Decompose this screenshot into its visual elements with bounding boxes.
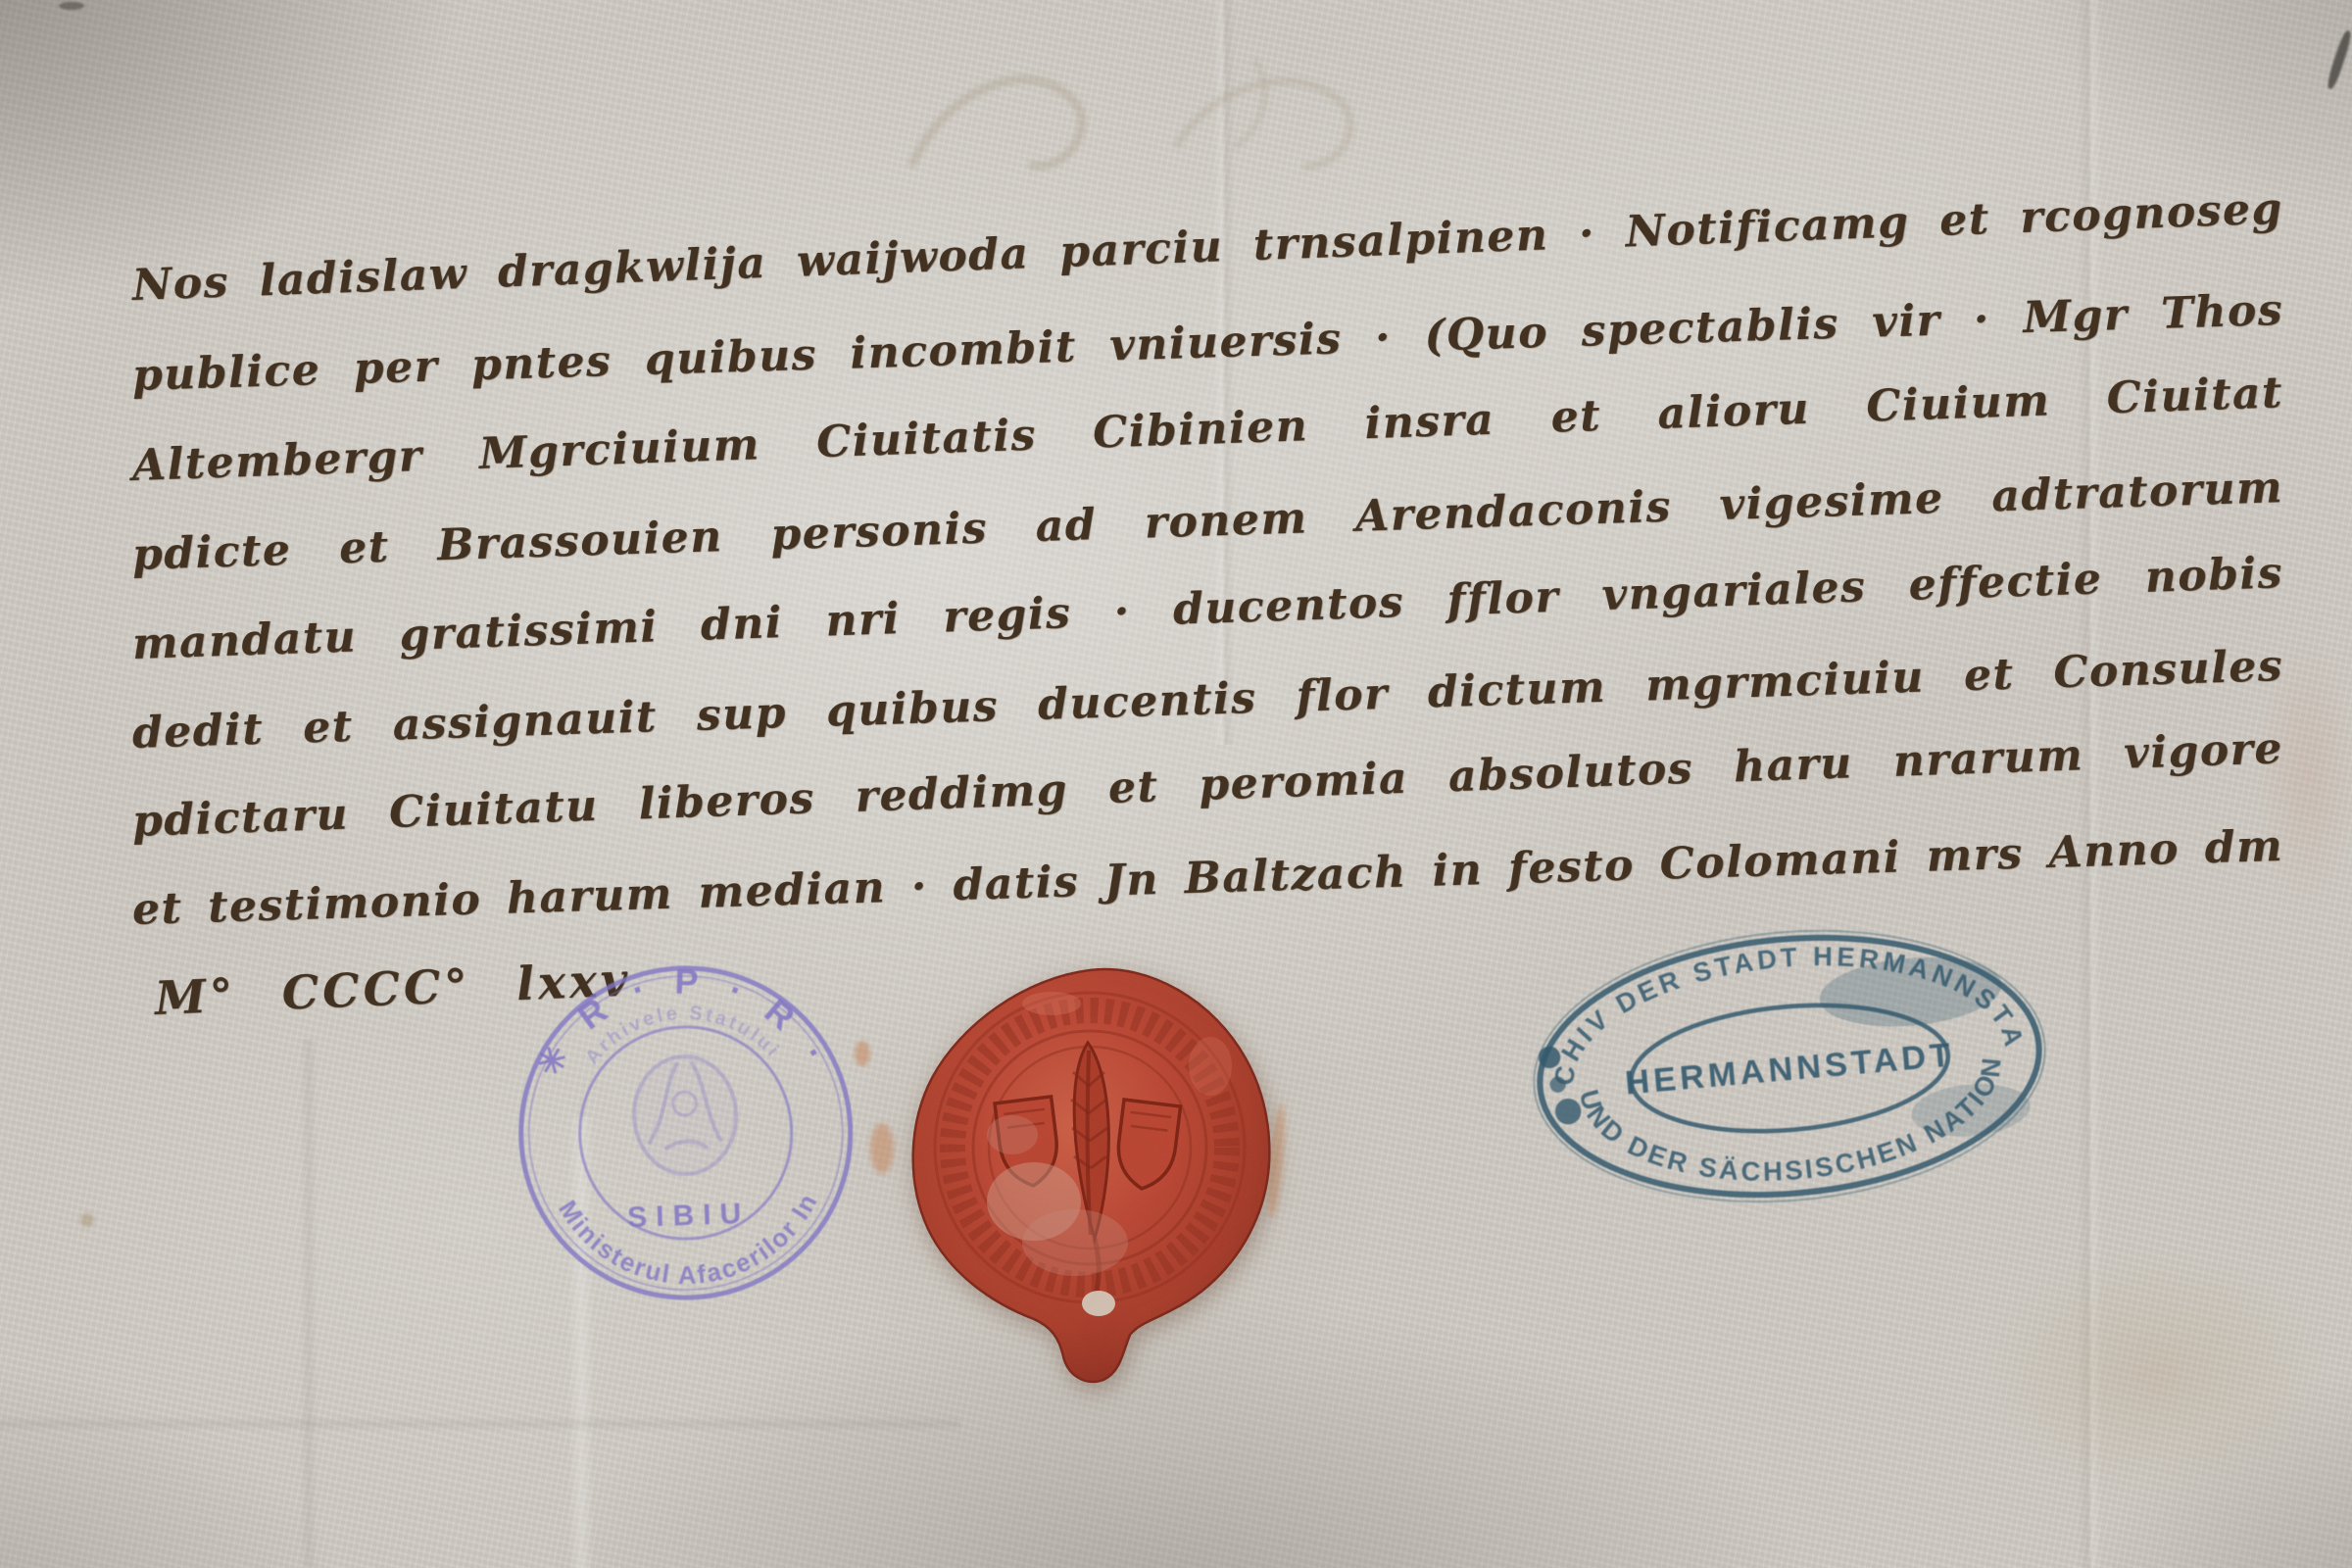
- violet-archive-stamp: ✳ R ∙ P ∙ R ∙ Arhivele Statului Minister…: [505, 941, 867, 1341]
- fold-crease: [0, 1416, 960, 1432]
- blue-archive-stamp: ARCHIV DER STADT HERMANNSTADT HERMANNSTA…: [1509, 895, 2070, 1239]
- ink-fleck: [2326, 29, 2352, 90]
- stain-speck: [80, 1213, 94, 1227]
- ink-fleck: [59, 2, 84, 10]
- rpr-emblem: [632, 1054, 738, 1176]
- ink-ghost-marks: [843, 20, 1431, 235]
- manuscript-photo: Nos ladislaw dragkwlija waijwoda parciu …: [0, 0, 2352, 1568]
- wax-seal: [887, 949, 1298, 1399]
- stain: [1980, 1245, 2332, 1499]
- fold-crease: [300, 1039, 318, 1568]
- stamp-center-text: HERMANNSTADT: [1624, 1037, 1956, 1102]
- stamp-center-text: SIBIU: [627, 1198, 751, 1234]
